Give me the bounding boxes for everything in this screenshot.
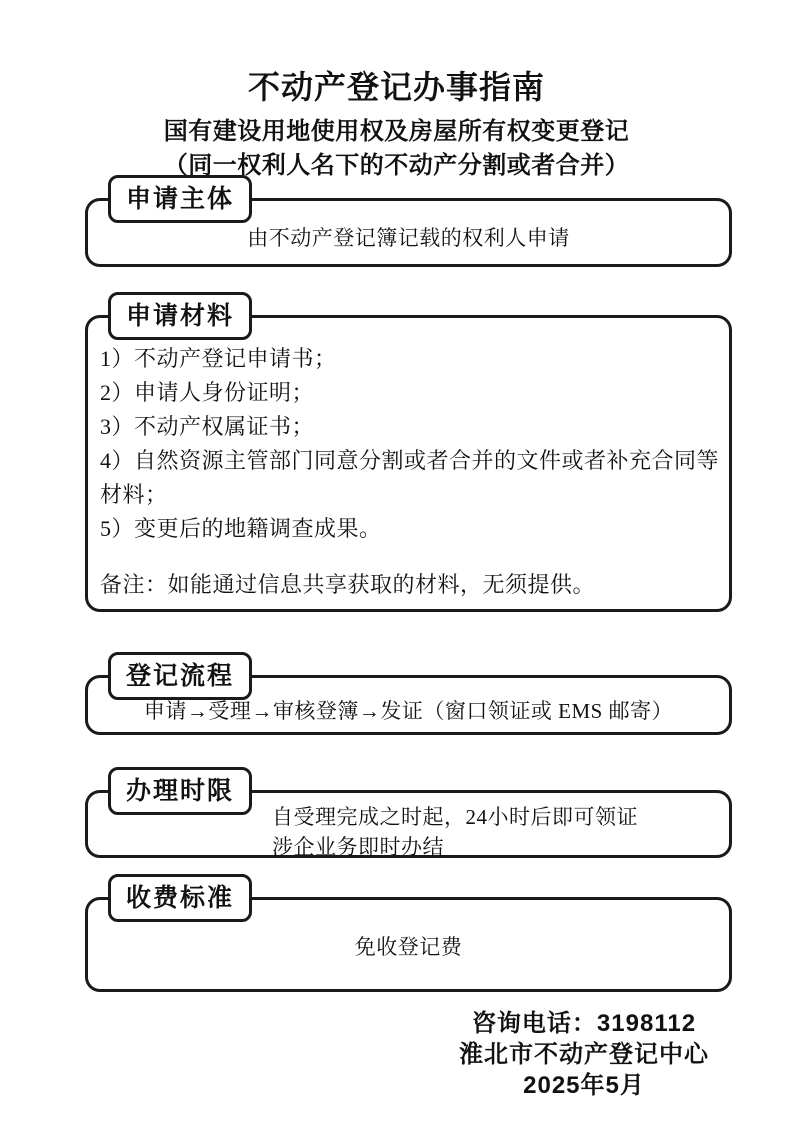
materials-list: 1）不动产登记申请书； 2）申请人身份证明； 3）不动产权属证书； 4）自然资源… bbox=[88, 318, 729, 602]
section-fee: 收费标准 免收登记费 bbox=[85, 897, 732, 992]
document-footer: 咨询电话：3198112 淮北市不动产登记中心 2025年5月 bbox=[424, 1008, 744, 1101]
footer-organization: 淮北市不动产登记中心 bbox=[424, 1039, 744, 1070]
section-applicant: 申请主体 由不动产登记簿记载的权利人申请 bbox=[85, 198, 732, 267]
deadline-line-1: 自受理完成之时起，24小时后即可领证 bbox=[272, 802, 729, 832]
materials-item-3: 3）不动产权属证书； bbox=[100, 410, 729, 444]
materials-item-5: 5）变更后的地籍调查成果。 bbox=[100, 512, 729, 546]
materials-item-1: 1）不动产登记申请书； bbox=[100, 342, 729, 376]
footer-phone: 咨询电话：3198112 bbox=[424, 1008, 744, 1039]
page-title: 不动产登记办事指南 bbox=[0, 62, 793, 108]
section-fee-label: 收费标准 bbox=[108, 874, 252, 922]
section-materials: 申请材料 1）不动产登记申请书； 2）申请人身份证明； 3）不动产权属证书； 4… bbox=[85, 315, 732, 612]
section-process-label: 登记流程 bbox=[108, 652, 252, 700]
section-deadline-label: 办理时限 bbox=[108, 767, 252, 815]
page-subtitle: 国有建设用地使用权及房屋所有权变更登记 bbox=[0, 111, 793, 146]
document-page: 不动产登记办事指南 国有建设用地使用权及房屋所有权变更登记 （同一权利人名下的不… bbox=[0, 0, 793, 1122]
materials-note: 备注：如能通过信息共享获取的材料，无须提供。 bbox=[100, 568, 729, 602]
section-materials-label: 申请材料 bbox=[108, 292, 252, 340]
section-applicant-label: 申请主体 bbox=[108, 175, 252, 223]
section-deadline: 办理时限 自受理完成之时起，24小时后即可领证 涉企业务即时办结 bbox=[85, 790, 732, 858]
materials-item-4: 4）自然资源主管部门同意分割或者合并的文件或者补充合同等材料； bbox=[100, 444, 729, 512]
materials-item-2: 2）申请人身份证明； bbox=[100, 376, 729, 410]
section-process: 登记流程 申请→受理→审核登簿→发证（窗口领证或 EMS 邮寄） bbox=[85, 675, 732, 735]
deadline-line-2: 涉企业务即时办结 bbox=[272, 832, 729, 862]
footer-date: 2025年5月 bbox=[424, 1070, 744, 1101]
